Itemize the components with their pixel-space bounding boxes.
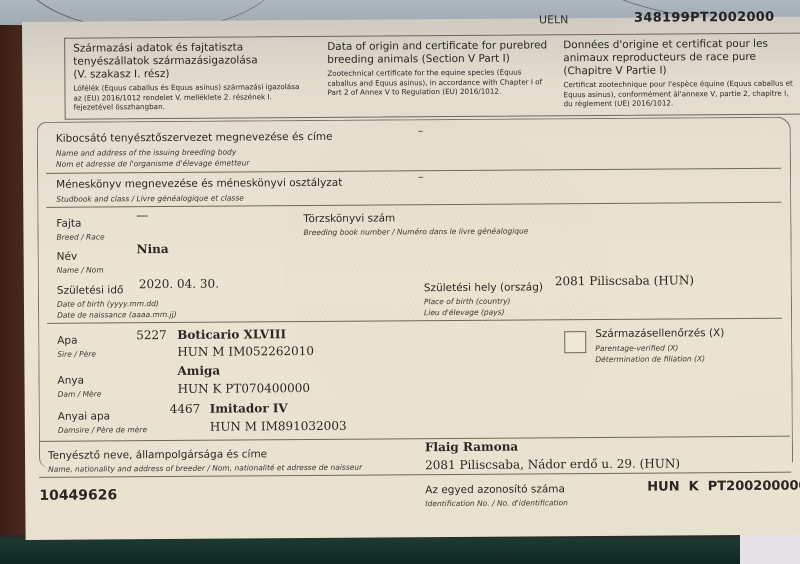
header-fr-note: Certificat zootechnique pour l'espèce éq…	[563, 79, 798, 109]
name-label: Név	[57, 251, 78, 263]
divider	[46, 168, 781, 174]
header-hu-note: Lófélék (Equus caballus és Equus asinus)…	[73, 82, 308, 112]
issuing-body-sub-en: Name and address of the issuing breeding…	[56, 148, 236, 158]
place-of-birth-sub-en: Place of birth (country)	[424, 297, 511, 307]
studbook-value: –	[418, 170, 424, 183]
dam-label: Anya	[57, 375, 84, 387]
header-french: Données d'origine et certificat pour les…	[563, 38, 798, 109]
certificate-page: UELN 348199PT2002000 Származási adatok é…	[22, 16, 800, 540]
parentage-label: Származásellenőrzés (X)	[595, 327, 724, 340]
header-hu-subtitle: (V. szakasz I. rész)	[73, 67, 308, 82]
issuing-body-sub-fr: Nom et adresse de l'organisme d'élevage …	[56, 158, 250, 168]
place-of-birth-value: 2081 Piliscsaba (HUN)	[555, 273, 694, 288]
damsire-label: Anyai apa	[58, 410, 110, 422]
serial-number: 10449626	[39, 487, 117, 504]
breeding-book-number-label: Törzskönyvi szám	[303, 212, 395, 225]
name-sub: Name / Nom	[57, 265, 104, 274]
breed-label: Fajta	[56, 218, 81, 230]
header-english: Data of origin and certificate for pureb…	[327, 39, 552, 97]
damsire-name: Imitador IV	[210, 401, 288, 416]
background-surface	[740, 530, 800, 564]
issuing-body-value: –	[418, 124, 424, 137]
damsire-id: HUN M IM891032003	[210, 419, 347, 434]
header-en-note: Zootechnical certificate for the equine …	[327, 67, 552, 97]
studbook-sub: Studbook and class / Livre généalogique …	[56, 193, 244, 203]
breeder-sub: Name, nationality and address of breeder…	[48, 463, 362, 474]
breed-sub: Breed / Race	[56, 232, 104, 241]
sire-label: Apa	[57, 335, 77, 347]
issuing-body-label: Kibocsátó tenyésztőszervezet megnevezése…	[56, 131, 333, 145]
parentage-verified-checkbox[interactable]	[564, 331, 586, 353]
certificate-body: Kibocsátó tenyésztőszervezet megnevezése…	[37, 117, 793, 468]
horse-name-value: Nina	[137, 242, 169, 256]
sire-number: 5227	[136, 328, 167, 342]
identification-sub: Identification No. / No. d'identificatio…	[425, 498, 568, 508]
sire-sub: Sire / Père	[57, 349, 96, 358]
identification-label: Az egyed azonosító száma	[425, 483, 565, 496]
breed-value: —	[136, 208, 148, 222]
dam-id: HUN K PT070400000	[178, 381, 311, 396]
date-of-birth-sub-en: Date of birth (yyyy.mm.dd)	[57, 299, 159, 309]
breeder-name: Flaig Ramona	[425, 440, 518, 455]
divider	[40, 436, 790, 442]
place-of-birth-sub-fr: Lieu d'élevage (pays)	[424, 308, 505, 318]
certificate-header: Származási adatok és fajtatiszta tenyész…	[64, 33, 800, 120]
sire-name: Boticario XLVIII	[177, 327, 286, 342]
header-hungarian: Származási adatok és fajtatiszta tenyész…	[73, 41, 308, 112]
dam-name: Amiga	[177, 364, 220, 378]
header-fr-subtitle: (Chapitre V Partie I)	[563, 64, 798, 79]
header-hu-title: Származási adatok és fajtatiszta tenyész…	[73, 41, 308, 69]
sire-id: HUN M IM052262010	[177, 344, 314, 359]
identification-value: HUN K PT200200000	[647, 479, 800, 495]
parentage-sub-fr: Détermination de filiation (X)	[595, 354, 705, 364]
damsire-number: 4467	[170, 402, 201, 416]
studbook-label: Méneskönyv megnevezése és méneskönyvi os…	[56, 177, 342, 191]
date-of-birth-label: Születési idő	[57, 284, 124, 296]
ueln-value: 348199PT2002000	[634, 10, 775, 26]
ueln-label: UELN	[539, 13, 568, 26]
damsire-sub: Damsire / Père de mère	[58, 425, 147, 435]
date-of-birth-sub-fr: Date de naissance (aaaa.mm.jj)	[57, 310, 177, 320]
date-of-birth-value: 2020. 04. 30.	[139, 277, 219, 292]
place-of-birth-label: Születési hely (ország)	[424, 281, 543, 294]
breeding-book-number-sub: Breeding book number / Numéro dans le li…	[303, 226, 528, 237]
breeder-label: Tenyésztő neve, állampolgársága és címe	[48, 448, 267, 462]
dam-sub: Dam / Mère	[58, 389, 102, 398]
header-en-title: Data of origin and certificate for pureb…	[327, 39, 552, 67]
header-fr-title: Données d'origine et certificat pour les…	[563, 38, 798, 66]
parentage-sub-en: Parentage-verified (X)	[595, 343, 678, 353]
passport-cover	[0, 538, 760, 564]
breeder-address: 2081 Piliscsaba, Nádor erdő u. 29. (HUN)	[425, 456, 680, 472]
